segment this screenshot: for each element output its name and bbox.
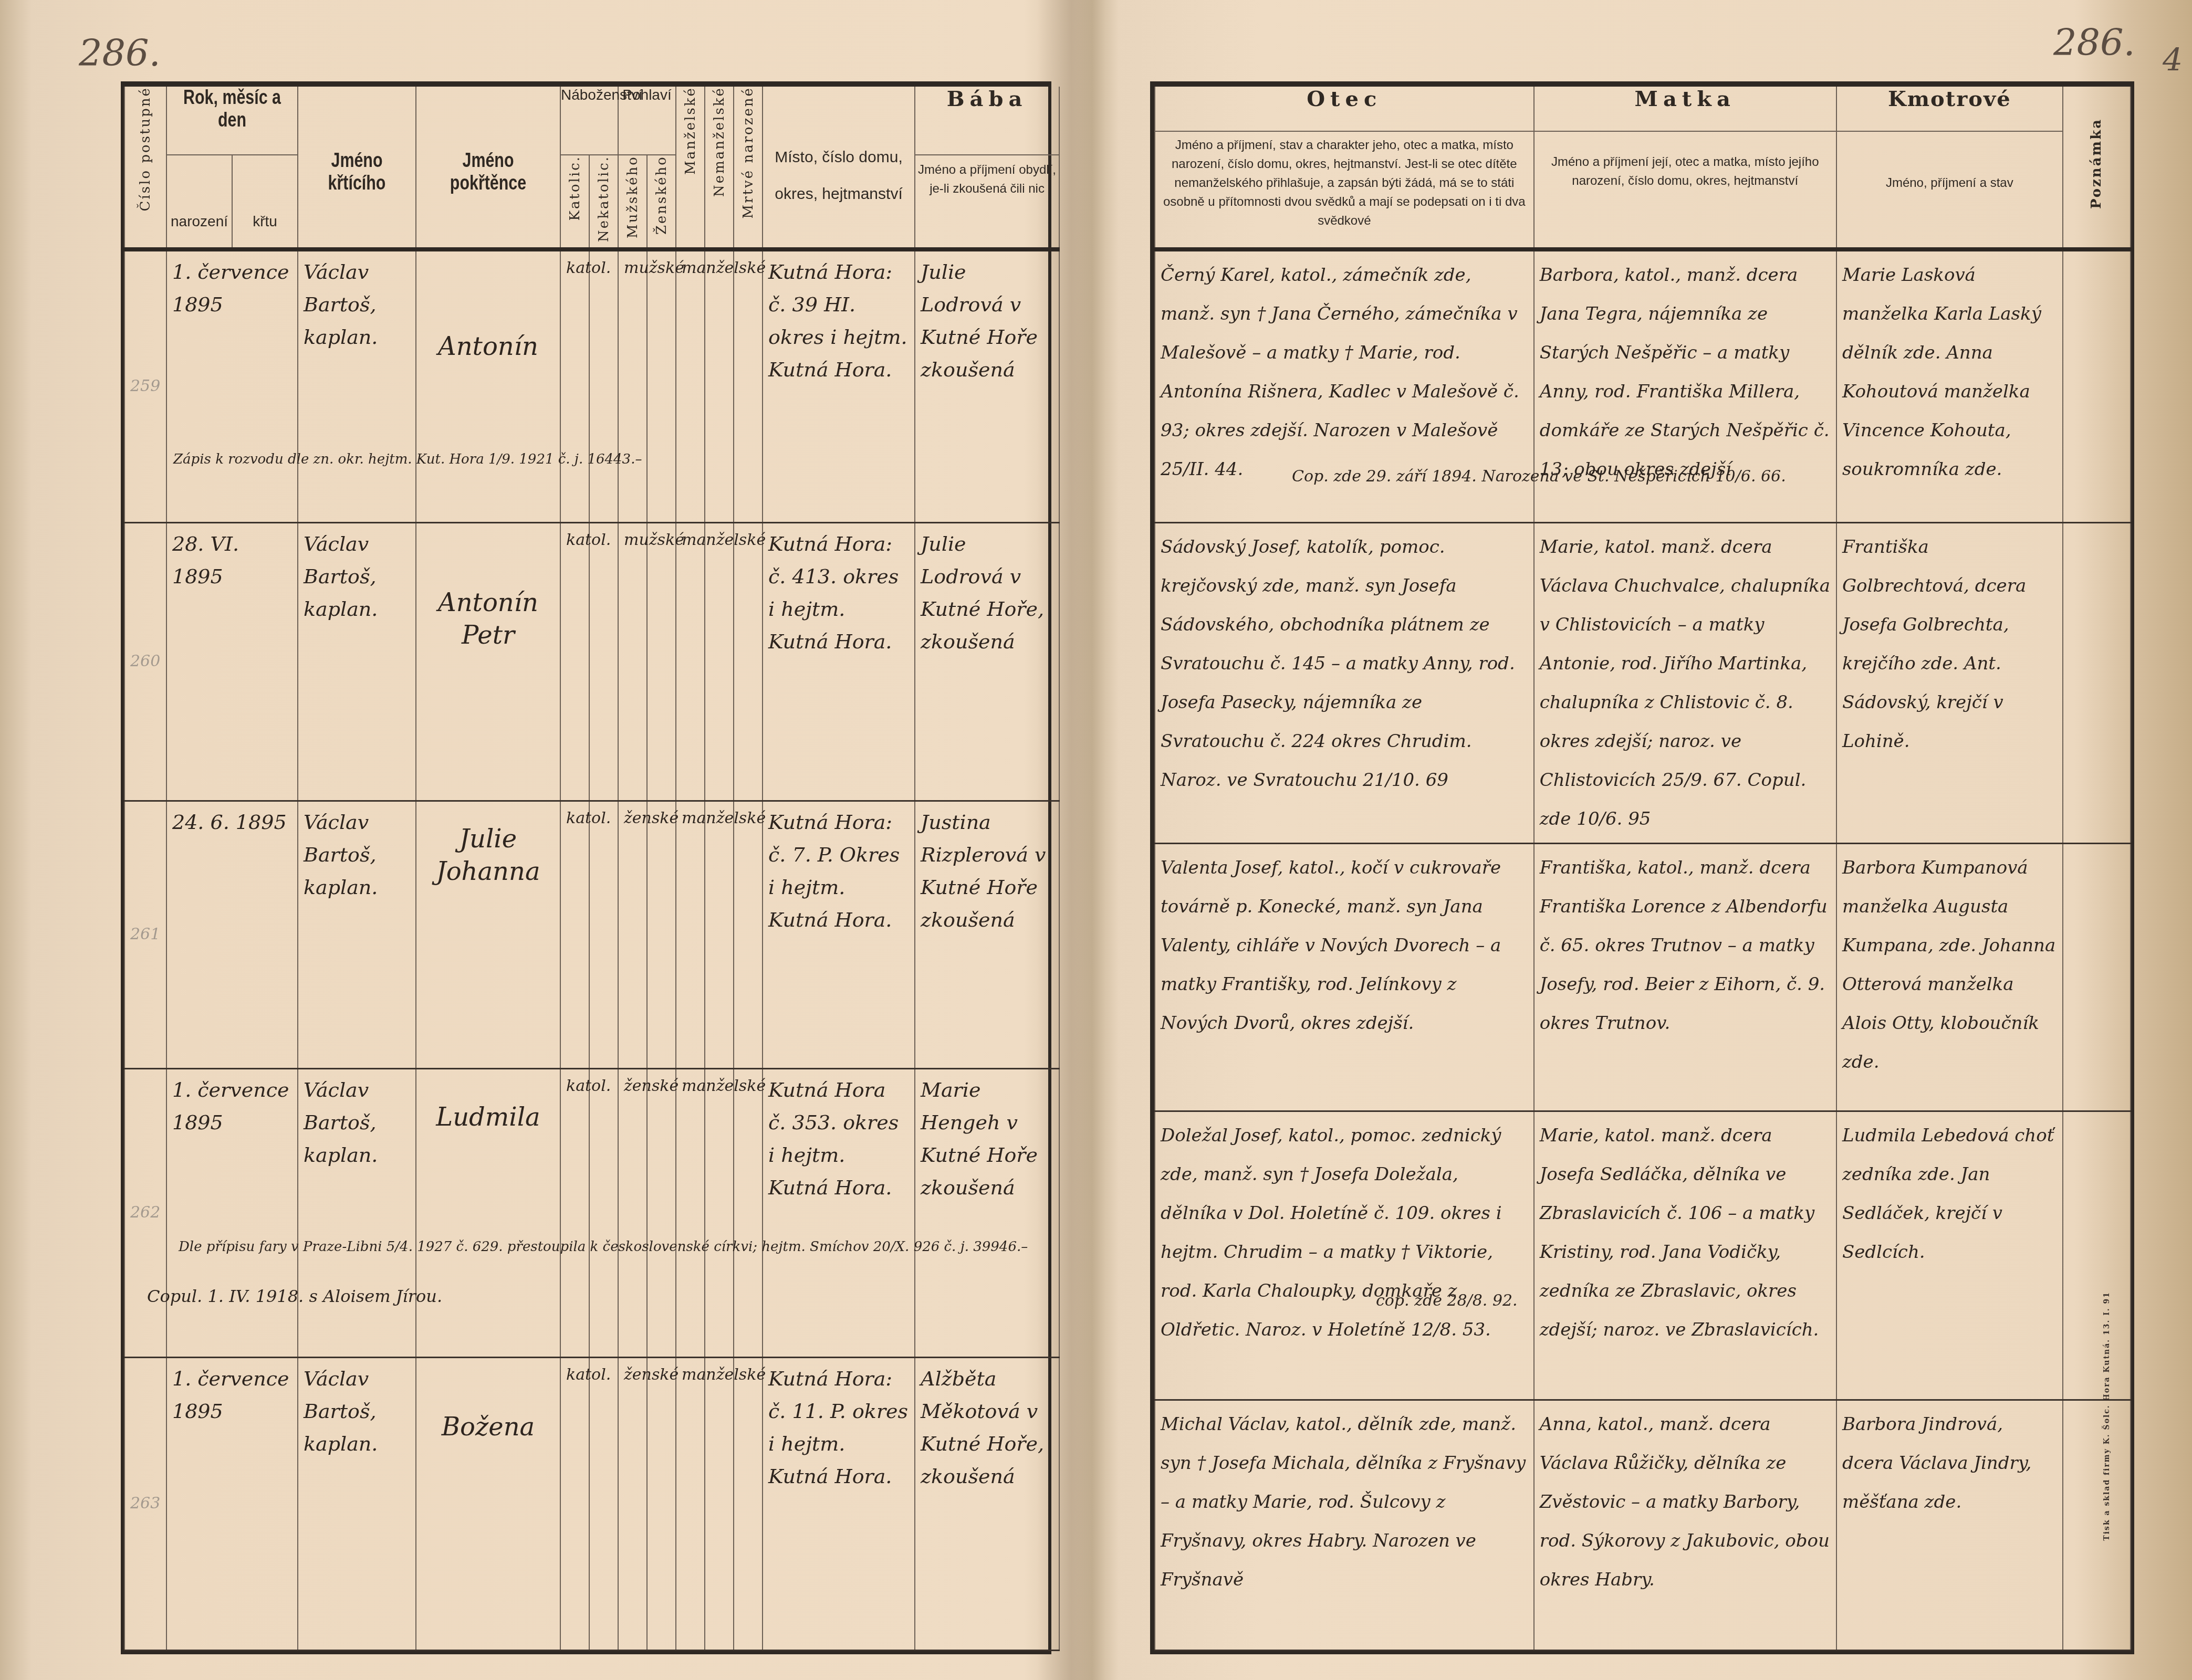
baptized-name: Ludmila <box>416 1068 560 1357</box>
place-cell: Kutná Hora: č. 413. okres i hejtm. Kutná… <box>763 522 915 801</box>
header-mother: Matka <box>1534 87 1836 131</box>
remark-262b: Copul. 1. IV. 1918. s Aloisem Jírou. <box>147 1286 442 1306</box>
baptized-name: Antonín Petr <box>416 522 560 801</box>
godparents-cell: Barbora Kumpanová manželka Augusta Kumpa… <box>1836 843 2063 1111</box>
header-baptizer: Jméno křtícího <box>298 87 416 249</box>
father-cell: Sádovský Josef, katolík, pomoc. krejčovs… <box>1155 522 1534 843</box>
header-place: Místo, číslo domu, okres, hejtmanství <box>763 87 915 249</box>
table-row: 259 1. července 1895 Václav Bartoš, kapl… <box>124 249 1059 522</box>
remark-cell <box>2063 1400 2131 1651</box>
remark-262: Dle přípisu fary v Praze-Libni 5/4. 1927… <box>179 1239 1028 1255</box>
father-cell: Doležal Josef, katol., pomoc. zednický z… <box>1155 1111 1534 1400</box>
mother-cell: Marie, katol. manž. dcera Josefa Sedláčk… <box>1534 1111 1836 1400</box>
mother-cell: Františka, katol., manž. dcera Františka… <box>1534 843 1836 1111</box>
midwife-cell: Julie Lodrová v Kutné Hoře, zkoušená <box>915 522 1059 801</box>
header-religion-noncat: Nekatolic. <box>589 155 618 249</box>
printer-imprint: Tisk a sklad firmy K. Šolc. Hora Kutná. … <box>2103 1291 2111 1541</box>
header-illegit: Nemanželské <box>705 87 734 249</box>
header-father: Otec <box>1155 87 1534 131</box>
midwife-cell: Julie Lodrová v Kutné Hoře zkoušená <box>915 249 1059 522</box>
table-row: 262 1. července 1895 Václav Bartoš, kapl… <box>124 1068 1059 1357</box>
place-cell: Kutná Hora: č. 11. P. okres i hejtm. Kut… <box>763 1357 915 1651</box>
baptizer-cell: Václav Bartoš, kaplan. <box>298 522 416 801</box>
header-number: Číslo postupné <box>124 87 166 249</box>
copulation-note-262: cop. zde 28/8. 92. <box>1376 1291 1518 1310</box>
baptizer-cell: Václav Bartoš, kaplan. <box>298 1068 416 1357</box>
godparents-cell: Marie Lasková manželka Karla Laský dělní… <box>1836 249 2063 522</box>
baptizer-cell: Václav Bartoš, kaplan. <box>298 249 416 522</box>
header-midwife-sub: Jméno a příjmení obydlí, je-li zkoušená … <box>915 155 1059 249</box>
header-legit: Manželské <box>676 87 705 249</box>
table-row: 260 28. VI. 1895 Václav Bartoš, kaplan. … <box>124 522 1059 801</box>
header-sex: Pohlaví <box>618 87 676 155</box>
header-date-birth: narození <box>166 155 232 249</box>
remark-cell <box>2063 843 2131 1111</box>
remark-cell <box>2063 522 2131 843</box>
date-cell: 1. července 1895 <box>166 249 298 522</box>
header-sex-f: Ženského <box>647 155 676 249</box>
mother-cell: Anna, katol., manž. dcera Václava Růžičk… <box>1534 1400 1836 1651</box>
header-religion-cat: Katolic. <box>560 155 589 249</box>
right-page-number: 286. <box>2053 21 2135 64</box>
remark-cell <box>2063 249 2131 522</box>
table-row: Doležal Josef, katol., pomoc. zednický z… <box>1155 1111 2131 1400</box>
table-row: Michal Václav, katol., dělník zde, manž.… <box>1155 1400 2131 1651</box>
father-cell: Michal Václav, katol., dělník zde, manž.… <box>1155 1400 1534 1651</box>
left-register-table: Číslo postupné Rok, měsíc a den Jméno kř… <box>121 81 1051 1654</box>
header-midwife: Bába <box>915 87 1059 155</box>
left-page-number: 286. <box>79 31 161 75</box>
header-date-group: Rok, měsíc a den <box>166 87 298 155</box>
table-row: Sádovský Josef, katolík, pomoc. krejčovs… <box>1155 522 2131 843</box>
date-cell: 1. července 1895 <box>166 1357 298 1651</box>
table-row: Valenta Josef, katol., kočí v cukrovaře … <box>1155 843 2131 1111</box>
midwife-cell: Marie Hengeh v Kutné Hoře zkoušená <box>915 1068 1059 1357</box>
godparents-cell: Ludmila Lebedová choť zedníka zde. Jan S… <box>1836 1111 2063 1400</box>
copulation-note-259: Cop. zde 29. září 1894. Narozena ve St. … <box>1292 467 1786 486</box>
header-mother-sub: Jméno a příjmení její, otec a matka, mís… <box>1534 131 1836 249</box>
baptized-name: Antonín <box>416 249 560 522</box>
father-cell: Valenta Josef, katol., kočí v cukrovaře … <box>1155 843 1534 1111</box>
header-date-baptism: křtu <box>232 155 298 249</box>
header-godparents-sub: Jméno, příjmení a stav <box>1836 131 2063 249</box>
right-margin-number: 4 <box>2163 42 2183 79</box>
date-cell: 24. 6. 1895 <box>166 801 298 1068</box>
remark-259: Zápis k rozvodu dle zn. okr. hejtm. Kut.… <box>173 451 642 467</box>
right-register-table: Otec Matka Kmotrové Poznámka Jméno a pří… <box>1150 81 2134 1654</box>
midwife-cell: Justina Rizplerová v Kutné Hoře zkoušená <box>915 801 1059 1068</box>
place-cell: Kutná Hora č. 353. okres i hejtm. Kutná … <box>763 1068 915 1357</box>
baptizer-cell: Václav Bartoš, kaplan. <box>298 1357 416 1651</box>
header-sex-m: Mužského <box>618 155 647 249</box>
header-godparents: Kmotrové <box>1836 87 2063 131</box>
header-baptized: Jméno pokřtěnce <box>416 87 560 249</box>
baptized-name: Božena <box>416 1357 560 1651</box>
baptizer-cell: Václav Bartoš, kaplan. <box>298 801 416 1068</box>
header-father-sub: Jméno a příjmení, stav a charakter jeho,… <box>1155 131 1534 249</box>
godparents-cell: Barbora Jindrová, dcera Václava Jindry, … <box>1836 1400 2063 1651</box>
table-row: 261 24. 6. 1895 Václav Bartoš, kaplan. J… <box>124 801 1059 1068</box>
baptized-name: Julie Johanna <box>416 801 560 1068</box>
remark-cell <box>2063 1111 2131 1400</box>
place-cell: Kutná Hora: č. 39 HI. okres i hejtm. Kut… <box>763 249 915 522</box>
table-row: 263 1. července 1895 Václav Bartoš, kapl… <box>124 1357 1059 1651</box>
godparents-cell: Františka Golbrechtová, dcera Josefa Gol… <box>1836 522 2063 843</box>
date-cell: 28. VI. 1895 <box>166 522 298 801</box>
header-remark: Poznámka <box>2063 87 2131 249</box>
header-stillborn: Mrtvé narozené <box>734 87 763 249</box>
place-cell: Kutná Hora: č. 7. P. Okres i hejtm. Kutn… <box>763 801 915 1068</box>
midwife-cell: Alžběta Měkotová v Kutné Hoře, zkoušená <box>915 1357 1059 1651</box>
mother-cell: Marie, katol. manž. dcera Václava Chuchv… <box>1534 522 1836 843</box>
header-religion: Náboženství <box>560 87 618 155</box>
date-cell: 1. července 1895 <box>166 1068 298 1357</box>
